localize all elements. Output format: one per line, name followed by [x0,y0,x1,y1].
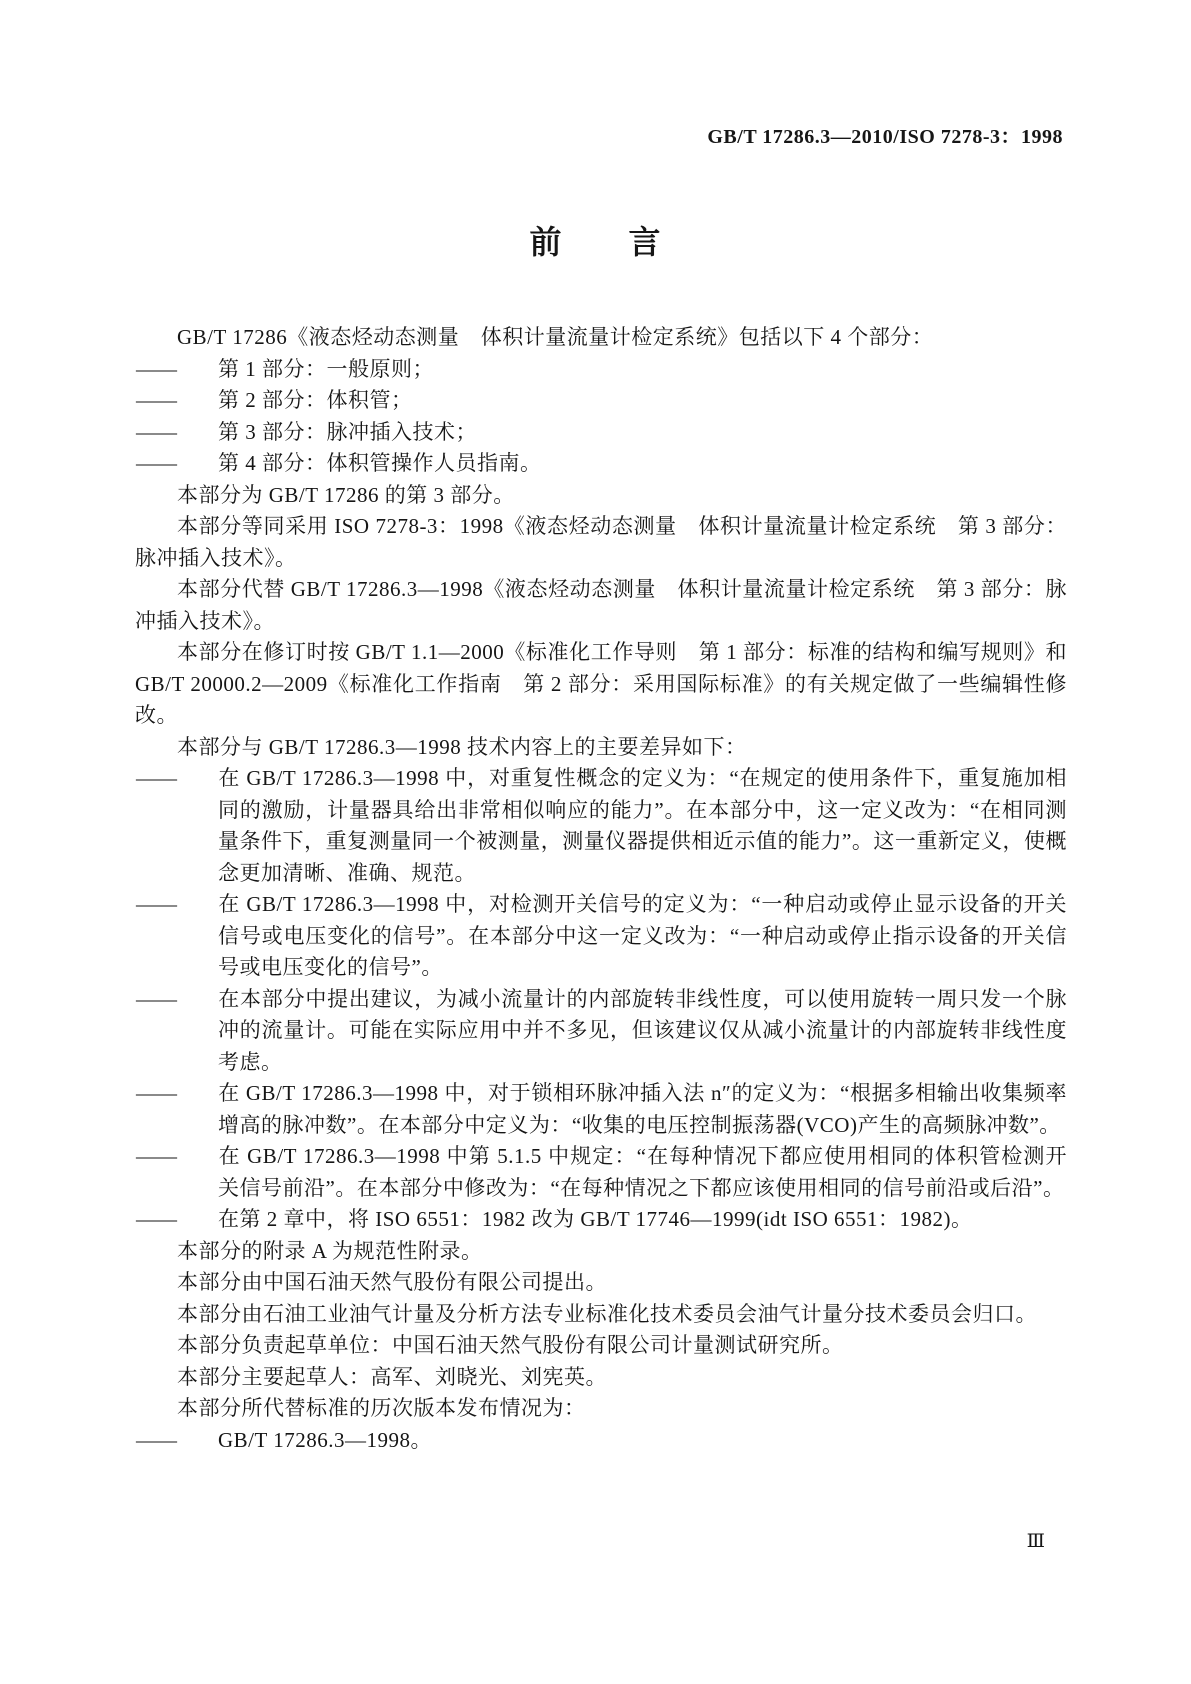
foreword-title: 前 言 [0,222,1191,262]
paragraph-text: 在 GB/T 17286.3—1998 中，对于锁相环脉冲插入法 n″的定义为：… [218,1081,1067,1137]
paragraph-text: 本部分等同采用 ISO 7278-3：1998《液态烃动态测量 体积计量流量计检… [135,514,1067,570]
paragraph-text: 本部分代替 GB/T 17286.3—1998《液态烃动态测量 体积计量流量计检… [135,577,1067,633]
paragraph: 本部分由中国石油天然气股份有限公司提出。 [135,1267,1067,1299]
dash-marker: —— [177,385,218,417]
paragraph-text: GB/T 17286《液态烃动态测量 体积计量流量计检定系统》包括以下 4 个部… [177,325,933,349]
paragraph-text: 本部分主要起草人：高军、刘晓光、刘宪英。 [177,1365,607,1389]
dash-marker: —— [177,984,218,1016]
paragraph: 本部分代替 GB/T 17286.3—1998《液态烃动态测量 体积计量流量计检… [135,574,1067,637]
list-item: ——第 1 部分：一般原则； [135,354,1067,386]
dash-marker: —— [177,763,218,795]
paragraph-text: 本部分为 GB/T 17286 的第 3 部分。 [177,483,515,507]
list-item: ——第 3 部分：脉冲插入技术； [135,417,1067,449]
list-item: ——第 4 部分：体积管操作人员指南。 [135,448,1067,480]
paragraph-text: 第 3 部分：脉冲插入技术； [218,420,477,444]
paragraph-text: 本部分在修订时按 GB/T 1.1—2000《标准化工作导则 第 1 部分：标准… [135,640,1067,727]
paragraph-text: 本部分负责起草单位：中国石油天然气股份有限公司计量测试研究所。 [177,1333,844,1357]
list-item: ——在第 2 章中，将 ISO 6551：1982 改为 GB/T 17746—… [135,1204,1067,1236]
paragraph: 本部分在修订时按 GB/T 1.1—2000《标准化工作导则 第 1 部分：标准… [135,637,1067,732]
dash-marker: —— [177,889,218,921]
paragraph-text: GB/T 17286.3—1998。 [218,1428,432,1452]
paragraph: GB/T 17286《液态烃动态测量 体积计量流量计检定系统》包括以下 4 个部… [135,322,1067,354]
list-item: ——在 GB/T 17286.3—1998 中，对于锁相环脉冲插入法 n″的定义… [135,1078,1067,1141]
paragraph-text: 本部分所代替标准的历次版本发布情况为： [177,1396,586,1420]
list-item: ——在本部分中提出建议，为减小流量计的内部旋转非线性度，可以使用旋转一周只发一个… [135,984,1067,1079]
list-item: ——在 GB/T 17286.3—1998 中第 5.1.5 中规定：“在每种情… [135,1141,1067,1204]
list-item: ——第 2 部分：体积管； [135,385,1067,417]
dash-marker: —— [177,1141,218,1173]
dash-marker: —— [177,1425,218,1457]
dash-marker: —— [177,1204,218,1236]
paragraph-text: 在 GB/T 17286.3—1998 中，对重复性概念的定义为：“在规定的使用… [218,766,1067,885]
paragraph-text: 在本部分中提出建议，为减小流量计的内部旋转非线性度，可以使用旋转一周只发一个脉冲… [218,987,1067,1074]
page-number: Ⅲ [1027,1530,1045,1554]
paragraph: 本部分与 GB/T 17286.3—1998 技术内容上的主要差异如下： [135,732,1067,764]
paragraph-text: 本部分由石油工业油气计量及分析方法专业标准化技术委员会油气计量分技术委员会归口。 [177,1302,1037,1326]
paragraph-text: 在 GB/T 17286.3—1998 中第 5.1.5 中规定：“在每种情况下… [218,1144,1067,1200]
list-item: ——在 GB/T 17286.3—1998 中，对重复性概念的定义为：“在规定的… [135,763,1067,889]
paragraph-text: 第 2 部分：体积管； [218,388,413,412]
list-item: ——GB/T 17286.3—1998。 [135,1425,1067,1457]
paragraph: 本部分为 GB/T 17286 的第 3 部分。 [135,480,1067,512]
paragraph-text: 本部分由中国石油天然气股份有限公司提出。 [177,1270,607,1294]
paragraph-text: 在 GB/T 17286.3—1998 中，对检测开关信号的定义为：“一种启动或… [218,892,1067,979]
dash-marker: —— [177,1078,218,1110]
paragraph: 本部分等同采用 ISO 7278-3：1998《液态烃动态测量 体积计量流量计检… [135,511,1067,574]
standard-number-header: GB/T 17286.3—2010/ISO 7278-3：1998 [707,125,1063,149]
paragraph: 本部分所代替标准的历次版本发布情况为： [135,1393,1067,1425]
paragraph-text: 本部分的附录 A 为规范性附录。 [177,1239,483,1263]
paragraph: 本部分负责起草单位：中国石油天然气股份有限公司计量测试研究所。 [135,1330,1067,1362]
paragraph: 本部分主要起草人：高军、刘晓光、刘宪英。 [135,1362,1067,1394]
dash-marker: —— [177,448,218,480]
paragraph-text: 第 4 部分：体积管操作人员指南。 [218,451,542,475]
paragraph-text: 第 1 部分：一般原则； [218,357,434,381]
foreword-body: GB/T 17286《液态烃动态测量 体积计量流量计检定系统》包括以下 4 个部… [135,322,1067,1456]
paragraph-text: 本部分与 GB/T 17286.3—1998 技术内容上的主要差异如下： [177,735,746,759]
document-page: GB/T 17286.3—2010/ISO 7278-3：1998 前 言 GB… [0,0,1191,1684]
dash-marker: —— [177,354,218,386]
paragraph: 本部分由石油工业油气计量及分析方法专业标准化技术委员会油气计量分技术委员会归口。 [135,1299,1067,1331]
dash-marker: —— [177,417,218,449]
paragraph-text: 在第 2 章中，将 ISO 6551：1982 改为 GB/T 17746—19… [218,1207,973,1231]
paragraph: 本部分的附录 A 为规范性附录。 [135,1236,1067,1268]
list-item: ——在 GB/T 17286.3—1998 中，对检测开关信号的定义为：“一种启… [135,889,1067,984]
